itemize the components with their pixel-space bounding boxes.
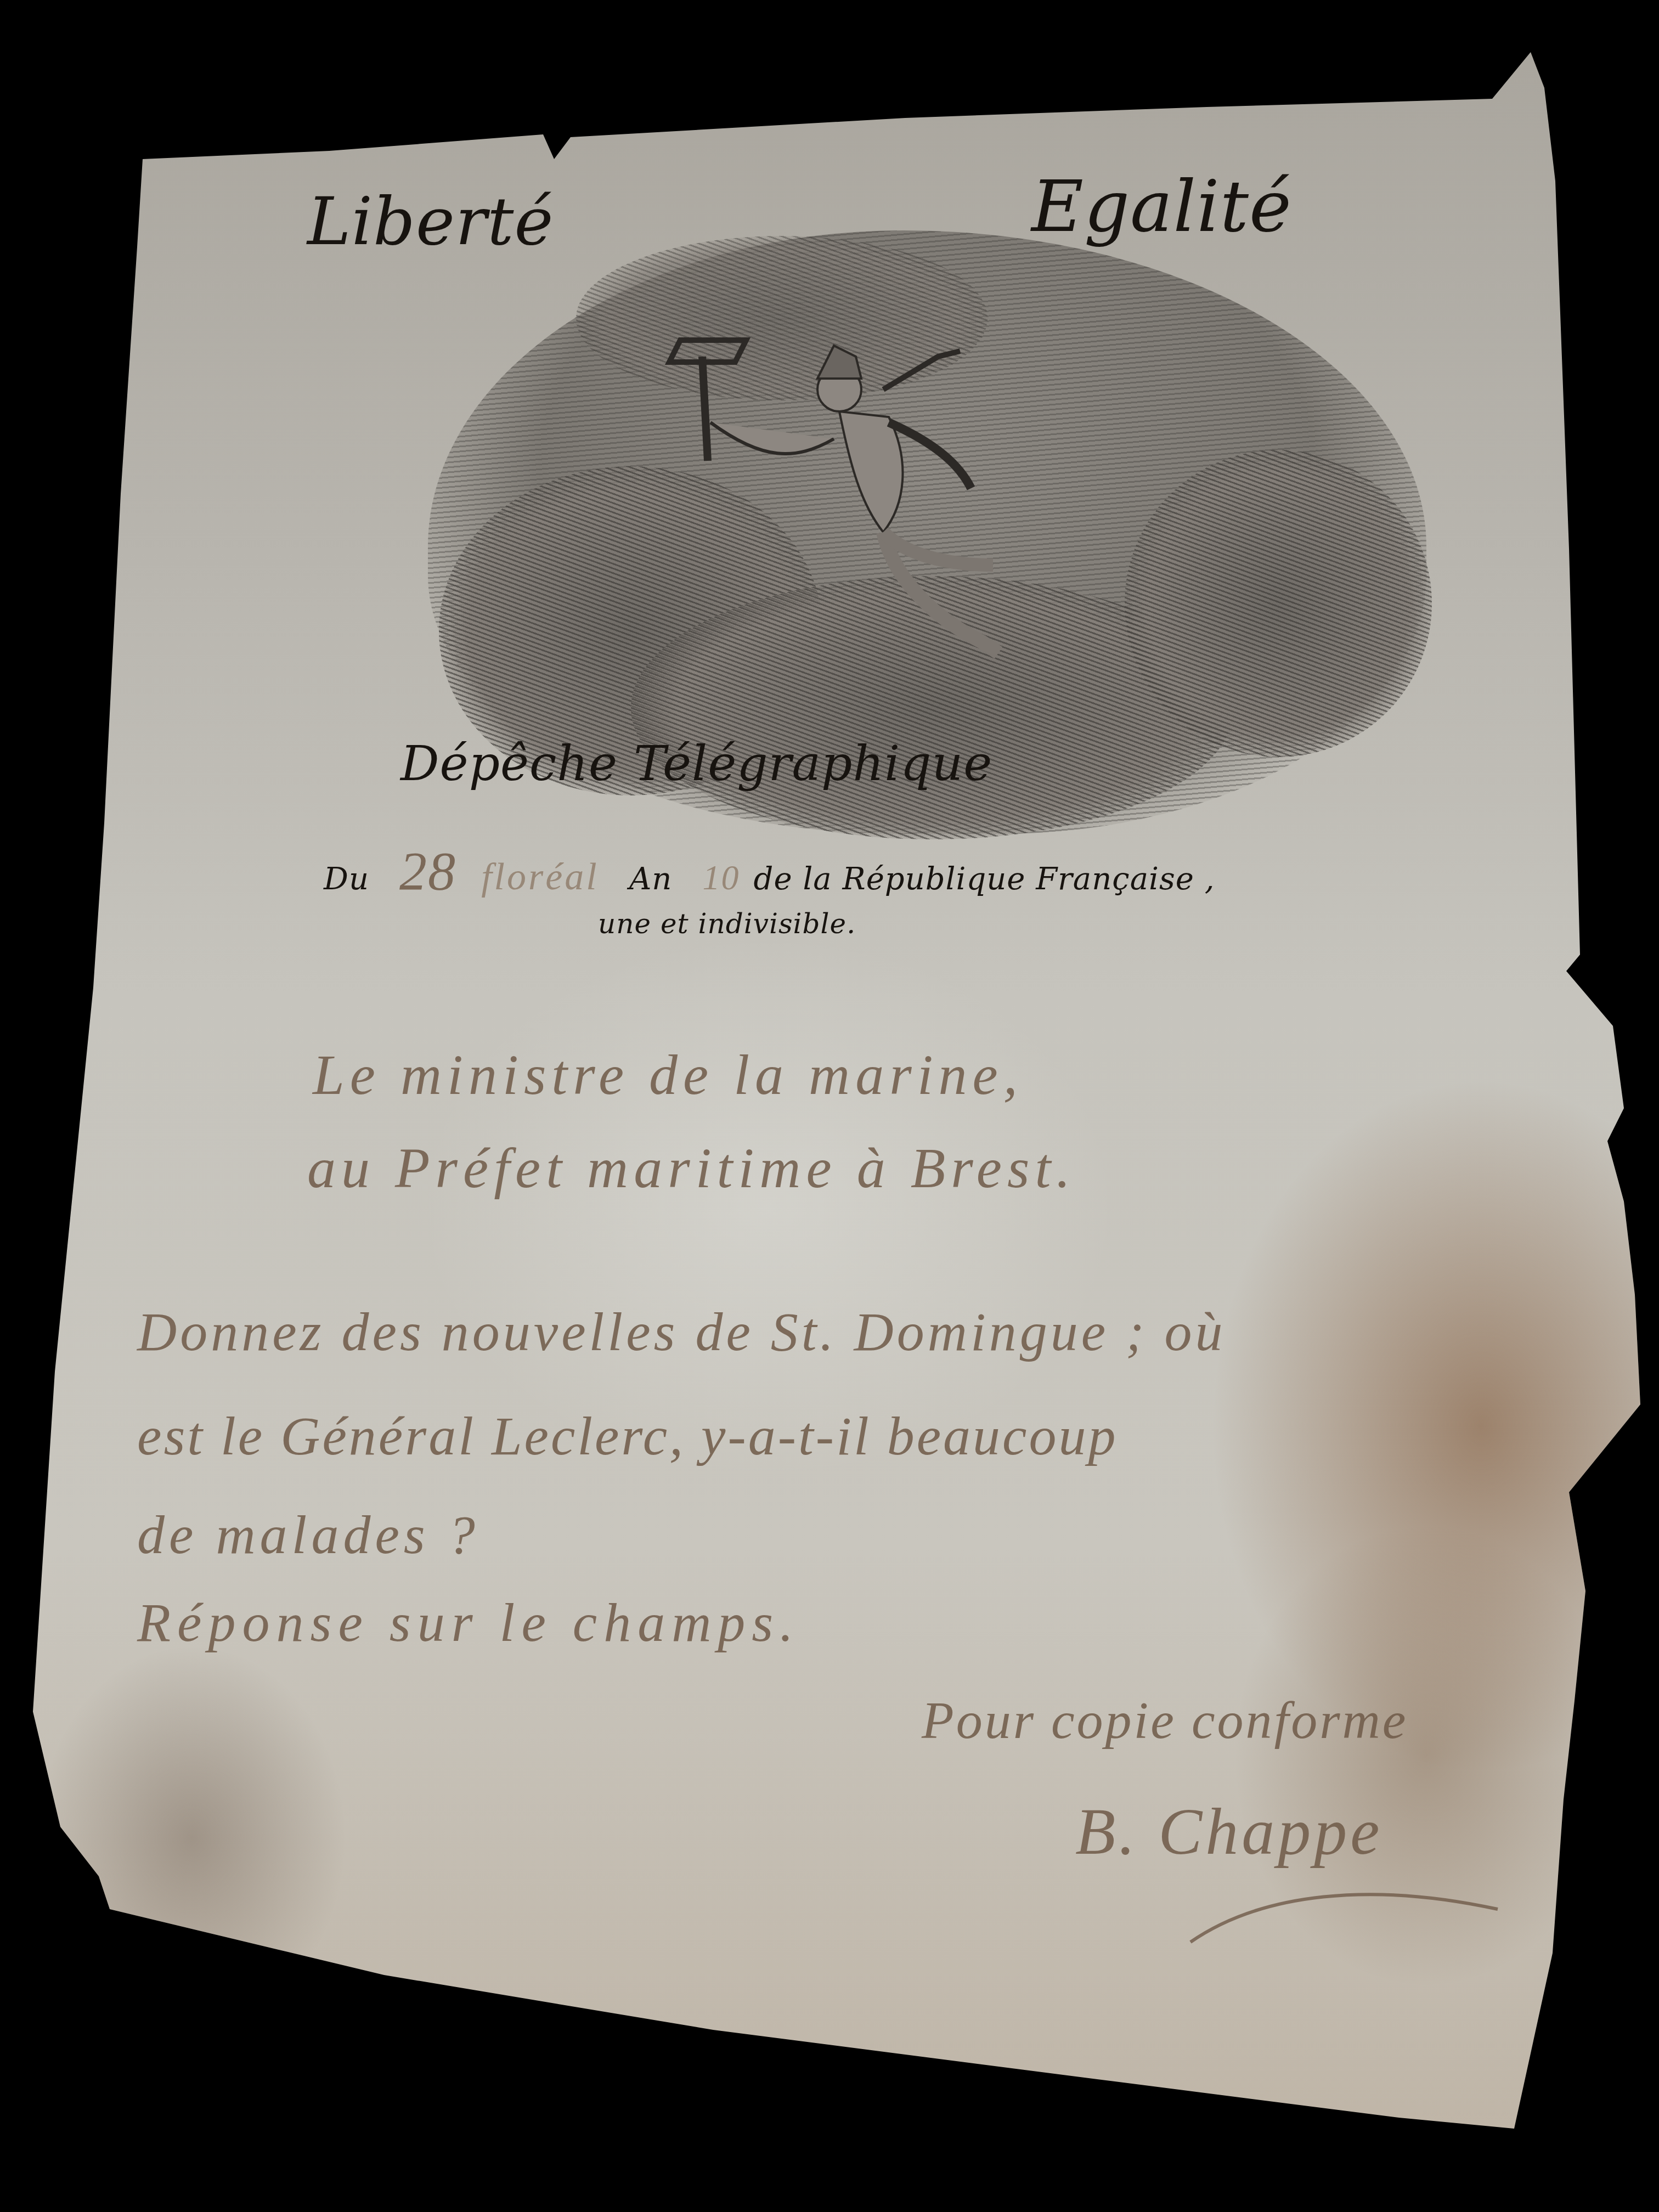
signature-flourish <box>1180 1860 1509 1970</box>
mercury-with-semaphore-icon <box>653 324 1081 741</box>
signature: B. Chappe <box>1075 1794 1383 1870</box>
message-line-4: Réponse sur le champs. <box>137 1591 800 1654</box>
address-line-2: au Préfet maritime à Brest. <box>307 1136 1076 1201</box>
message-line-1: Donnez des nouvelles de St. Domingue ; o… <box>137 1300 1226 1363</box>
document-title: Dépêche Télégraphique <box>400 735 992 792</box>
date-year: 10 <box>703 858 740 897</box>
date-day: 28 <box>399 840 456 901</box>
date-line: Du 28 floréal An 10 de la République Fra… <box>324 839 1215 902</box>
date-year-label: An <box>629 861 673 897</box>
motto-egalite: Egalité <box>1031 165 1292 248</box>
republic-subline: une et indivisible. <box>598 908 856 940</box>
date-month: floréal <box>481 856 599 898</box>
date-suffix: de la République Française , <box>754 861 1215 897</box>
message-line-3: de malades ? <box>137 1503 479 1566</box>
document-sheet: Liberté Egalité Dépêche Télégraphique Du… <box>0 0 1659 2212</box>
message-line-2: est le Général Leclerc, y-a-t-il beaucou… <box>137 1404 1118 1468</box>
cloud-right <box>1125 450 1432 757</box>
address-line-1: Le ministre de la marine, <box>313 1042 1023 1108</box>
date-prefix: Du <box>324 861 369 897</box>
motto-liberte: Liberté <box>307 184 554 260</box>
closing-copy-conforme: Pour copie conforme <box>922 1690 1408 1751</box>
